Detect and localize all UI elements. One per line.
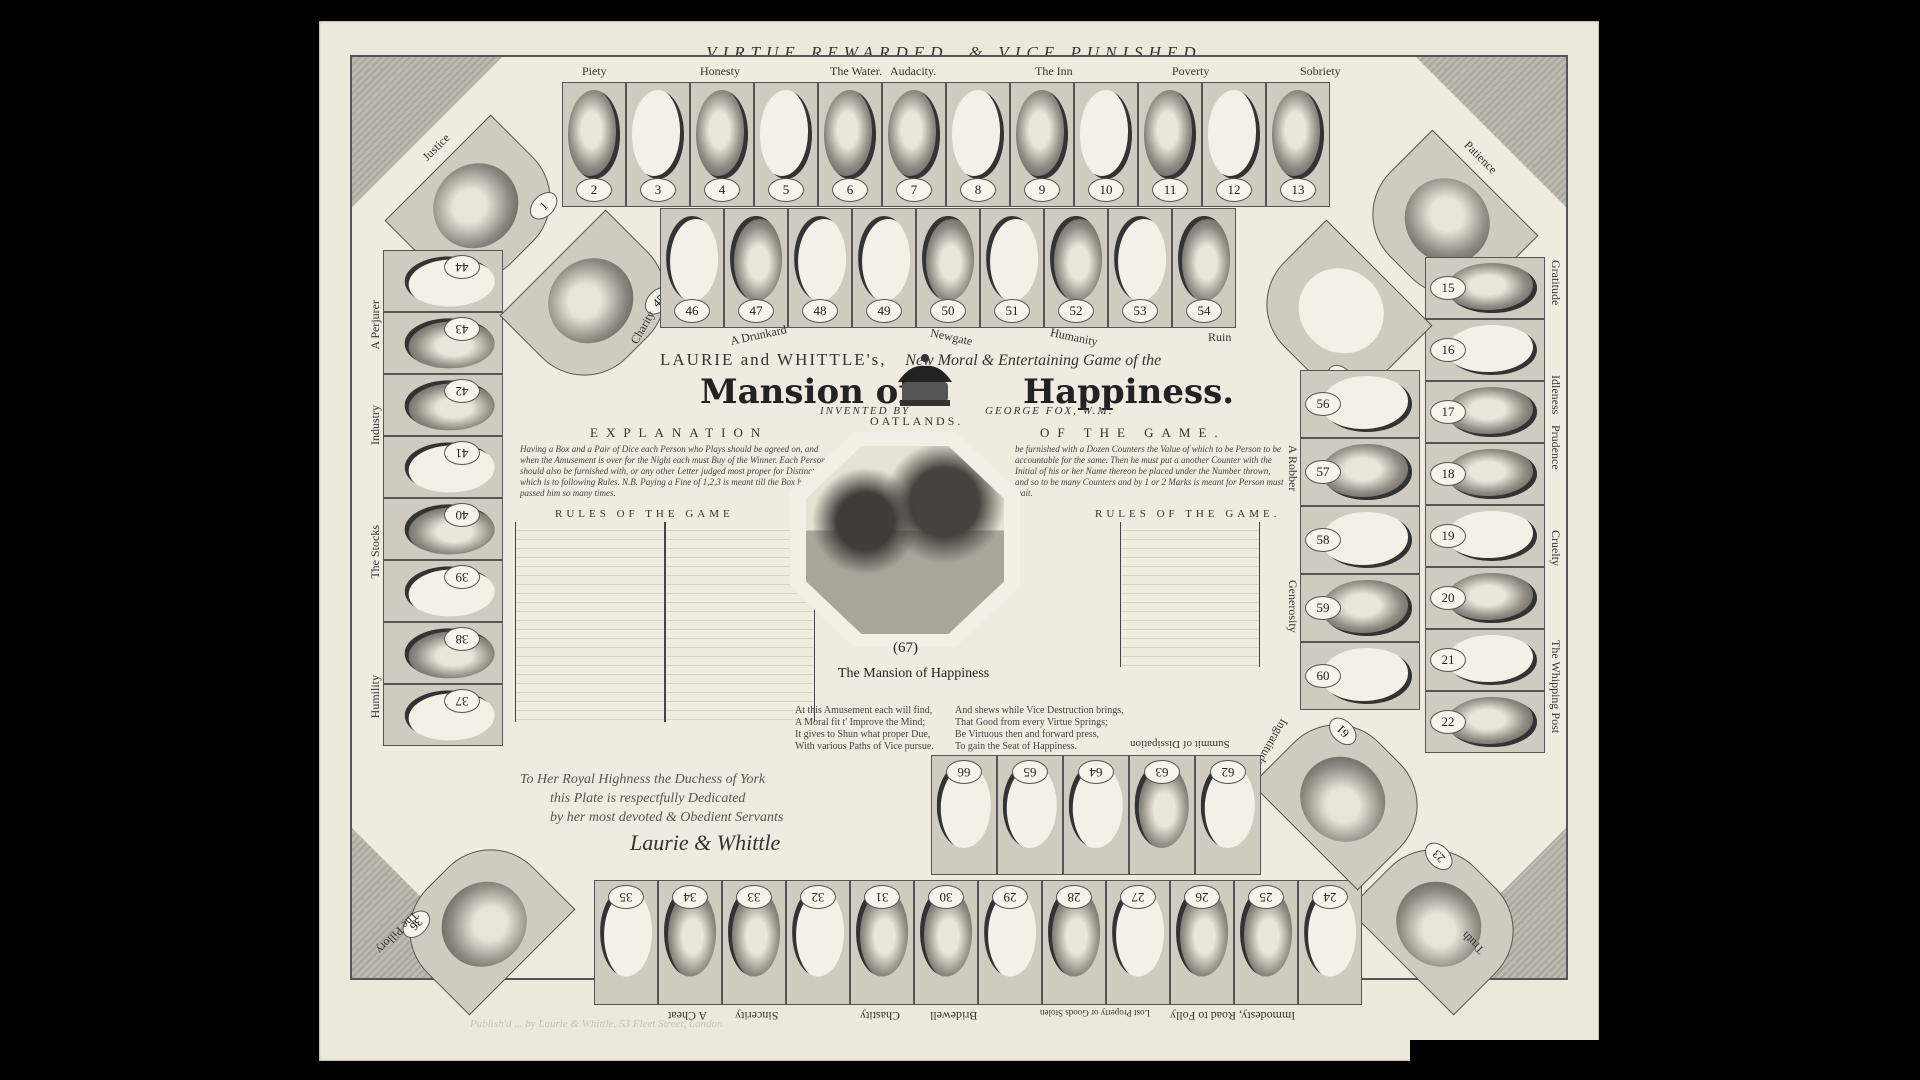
space-4[interactable]: 4 xyxy=(690,82,754,207)
label-robber: A Robber xyxy=(1285,445,1300,491)
engraving-the-water xyxy=(824,90,876,179)
space-51[interactable]: 51 xyxy=(980,208,1044,328)
blank-oval xyxy=(858,216,910,301)
space-44[interactable]: 44 xyxy=(383,250,503,312)
label-perjurer: A Perjurer xyxy=(368,300,383,350)
space-17[interactable]: 17 xyxy=(1425,381,1545,443)
blank-oval xyxy=(760,90,812,179)
space-63[interactable]: 63 xyxy=(1129,755,1195,875)
verse-left: At this Amusement each will find, A Mora… xyxy=(795,705,934,753)
space-43[interactable]: 43 xyxy=(383,312,503,374)
engraving-the-inn xyxy=(1016,90,1068,179)
blank-oval xyxy=(1208,90,1260,179)
space-16[interactable]: 16 xyxy=(1425,319,1545,381)
verse-right: And shews while Vice Destruction brings,… xyxy=(955,705,1124,753)
space-30[interactable]: 30 xyxy=(914,880,978,1005)
blank-oval xyxy=(986,216,1038,301)
engraving-drunkard xyxy=(730,216,782,301)
space-24[interactable]: 24 xyxy=(1298,880,1362,1005)
space-15[interactable]: 15 xyxy=(1425,257,1545,319)
space-5[interactable]: 5 xyxy=(754,82,818,207)
space-64[interactable]: 64 xyxy=(1063,755,1129,875)
space-35[interactable]: 35 xyxy=(594,880,658,1005)
imprint: Publish'd ... by Laurie & Whittle, 53 Fl… xyxy=(470,1018,722,1030)
label-prudence: Prudence xyxy=(1548,425,1563,470)
label-the-water: The Water. xyxy=(830,64,882,79)
label-summit-of-dissipation: Summit of Dissipation xyxy=(1130,738,1230,750)
explanation-text-left: Having a Box and a Pair of Dice each Per… xyxy=(520,444,830,510)
dedication: To Her Royal Highness the Duchess of Yor… xyxy=(520,770,783,827)
space-50[interactable]: 50 xyxy=(916,208,980,328)
space-13[interactable]: 13 xyxy=(1266,82,1330,207)
space-27[interactable]: 27 xyxy=(1106,880,1170,1005)
space-6[interactable]: 6 xyxy=(818,82,882,207)
engraving-sobriety xyxy=(1272,90,1324,179)
center-caption: The Mansion of Happiness xyxy=(838,666,989,682)
explanation-text-right: be furnished with a Dozen Counters the V… xyxy=(1015,444,1285,510)
space-33[interactable]: 33 xyxy=(722,880,786,1005)
space-59[interactable]: 59 xyxy=(1300,574,1420,642)
label-the-inn: The Inn xyxy=(1035,64,1073,79)
rules-column-3 xyxy=(1120,522,1260,667)
engraving-humanity xyxy=(1050,216,1102,301)
space-22[interactable]: 22 xyxy=(1425,691,1545,753)
signature: Laurie & Whittle xyxy=(630,830,780,856)
blank-oval xyxy=(666,216,718,301)
label-honesty: Honesty xyxy=(700,64,740,79)
space-54[interactable]: 54 xyxy=(1172,208,1236,328)
space-11[interactable]: 11 xyxy=(1138,82,1202,207)
space-9[interactable]: 9 xyxy=(1010,82,1074,207)
label-sobriety: Sobriety xyxy=(1300,64,1341,79)
space-26[interactable]: 26 xyxy=(1170,880,1234,1005)
engraving-mansion-of-happiness[interactable] xyxy=(806,446,1004,634)
label-poverty: Poverty xyxy=(1172,64,1209,79)
space-66[interactable]: 66 xyxy=(931,755,997,875)
label-gratitude: Gratitude xyxy=(1548,260,1563,305)
torn-paper-corner xyxy=(1410,1040,1610,1080)
center-space-number: (67) xyxy=(893,640,918,657)
label-cruelty: Cruelty xyxy=(1548,530,1563,566)
space-7[interactable]: 7 xyxy=(882,82,946,207)
space-37[interactable]: 37 xyxy=(383,684,503,746)
space-34[interactable]: 34 xyxy=(658,880,722,1005)
label-bridewell: Bridewell xyxy=(930,1008,977,1023)
rules-column-1 xyxy=(515,522,665,722)
space-49[interactable]: 49 xyxy=(852,208,916,328)
blank-oval xyxy=(632,90,684,179)
label-ruin: Ruin xyxy=(1208,330,1231,345)
blank-oval xyxy=(1114,216,1166,301)
space-29[interactable]: 29 xyxy=(978,880,1042,1005)
engraving-piety xyxy=(568,90,620,179)
engraving-honesty xyxy=(696,90,748,179)
space-60[interactable]: 60 xyxy=(1300,642,1420,710)
label-lost-property: Lost Property or Goods Stolen xyxy=(1040,1008,1150,1018)
rules-heading-right: RULES OF THE GAME. xyxy=(1095,508,1280,520)
space-38[interactable]: 38 xyxy=(383,622,503,684)
label-chastity: Chastity xyxy=(860,1008,900,1023)
space-40[interactable]: 40 xyxy=(383,498,503,560)
label-immodesty-road-to-folly: Immodesty, Road to Folly xyxy=(1170,1008,1295,1023)
space-56[interactable]: 56 xyxy=(1300,370,1420,438)
space-8[interactable]: 8 xyxy=(946,82,1010,207)
blank-oval xyxy=(952,90,1004,179)
space-52[interactable]: 52 xyxy=(1044,208,1108,328)
space-47[interactable]: 47 xyxy=(724,208,788,328)
blank-oval xyxy=(794,216,846,301)
space-41[interactable]: 41 xyxy=(383,436,503,498)
space-62[interactable]: 62 xyxy=(1195,755,1261,875)
space-57[interactable]: 57 xyxy=(1300,438,1420,506)
space-32[interactable]: 32 xyxy=(786,880,850,1005)
space-10[interactable]: 10 xyxy=(1074,82,1138,207)
space-12[interactable]: 12 xyxy=(1202,82,1266,207)
space-39[interactable]: 39 xyxy=(383,560,503,622)
space-21[interactable]: 21 xyxy=(1425,629,1545,691)
space-48[interactable]: 48 xyxy=(788,208,852,328)
space-46[interactable]: 46 xyxy=(660,208,724,328)
label-piety: Piety xyxy=(582,64,607,79)
label-humility: Humility xyxy=(368,675,383,718)
label-industry: Industry xyxy=(368,405,383,445)
label-sincerity: Sincerity xyxy=(735,1008,778,1023)
space-20[interactable]: 20 xyxy=(1425,567,1545,629)
space-65[interactable]: 65 xyxy=(997,755,1063,875)
space-18[interactable]: 18 xyxy=(1425,443,1545,505)
author: GEORGE FOX, W.M. xyxy=(985,405,1113,417)
space-42[interactable]: 42 xyxy=(383,374,503,436)
label-generosity: Generosity xyxy=(1285,580,1300,633)
space-53[interactable]: 53 xyxy=(1108,208,1172,328)
explanation-heading-left: EXPLANATION xyxy=(590,425,768,441)
label-whipping-post: The Whipping Post xyxy=(1548,640,1563,733)
engraving-poverty xyxy=(1144,90,1196,179)
engraving-ruin xyxy=(1178,216,1230,301)
space-58[interactable]: 58 xyxy=(1300,506,1420,574)
space-25[interactable]: 25 xyxy=(1234,880,1298,1005)
label-idleness: Idleness xyxy=(1548,375,1563,414)
engraving-newgate xyxy=(922,216,974,301)
label-stocks: The Stocks xyxy=(368,525,383,579)
blank-oval xyxy=(1080,90,1132,179)
space-19[interactable]: 19 xyxy=(1425,505,1545,567)
title-main: Mansion ofHappiness. xyxy=(700,372,1234,412)
center-heading: OATLANDS. xyxy=(870,414,963,429)
space-3[interactable]: 3 xyxy=(626,82,690,207)
label-audacity: Audacity. xyxy=(890,64,936,79)
space-31[interactable]: 31 xyxy=(850,880,914,1005)
rules-heading-left: RULES OF THE GAME xyxy=(555,508,734,520)
engraving-audacity xyxy=(888,90,940,179)
explanation-heading-right: OF THE GAME. xyxy=(1040,425,1226,441)
crown-icon xyxy=(890,352,960,412)
space-2[interactable]: 2 xyxy=(562,82,626,207)
space-28[interactable]: 28 xyxy=(1042,880,1106,1005)
